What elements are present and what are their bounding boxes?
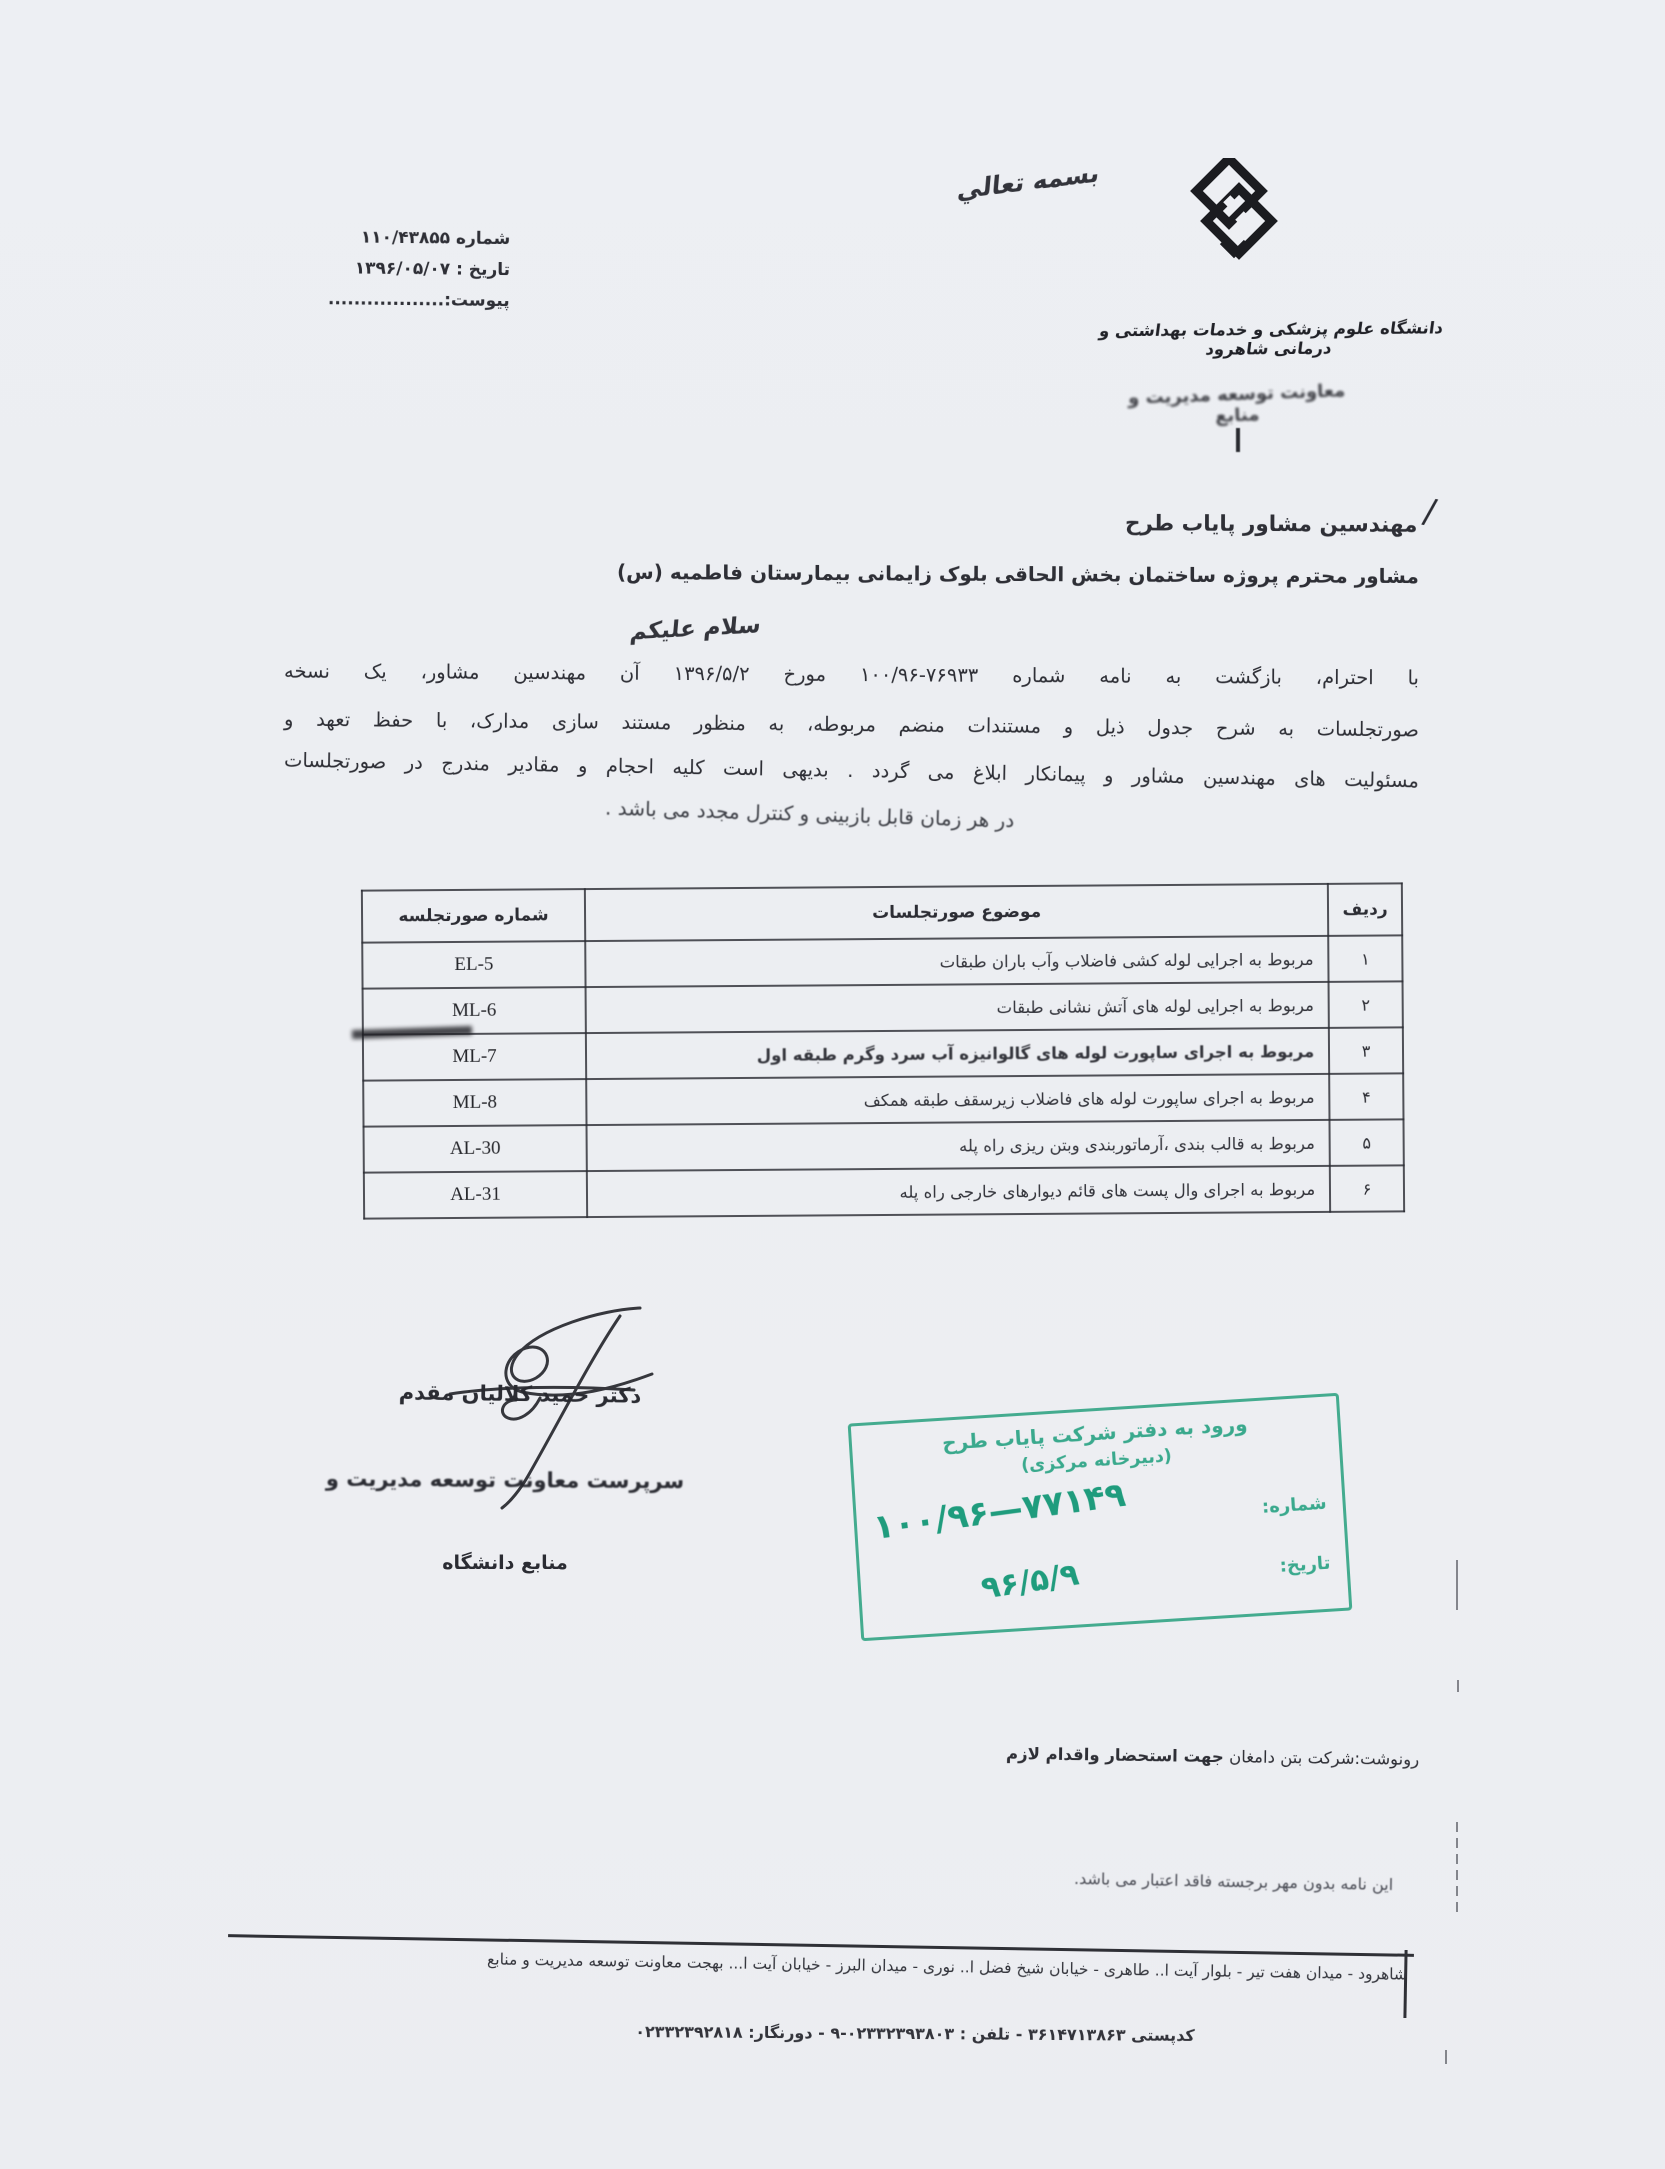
letter-number: ۱۱۰/۴۳۸۵۵ [361, 228, 450, 249]
header-subject: موضوع صورتجلسات [585, 884, 1329, 941]
table-row: ۲ مربوط به اجرایی لوله های آتش نشانی طبق… [363, 981, 1403, 1034]
cc-prefix: رونوشت:شرکت بتن دامغان [1223, 1747, 1419, 1769]
table-header-row: ردیف موضوع صورتجلسات شماره صورتجلسه [362, 883, 1402, 942]
body-line-3: مسئولیت های مهندسین مشاور و پیمانکار ابل… [284, 749, 1419, 793]
row-subject: مربوط به اجرایی لوله کشی فاضلاب وآب بارا… [585, 936, 1328, 987]
scan-artifact [1457, 1680, 1459, 1692]
letter-number-line: شماره ۱۱۰/۴۳۸۵۵ [300, 227, 510, 249]
attachment-label: پيوست: [444, 290, 510, 311]
letter-date: ۱۳۹۶/۰۵/۰۷ [355, 258, 451, 279]
row-no: ۶ [1330, 1165, 1404, 1212]
scan-artifact [1445, 2050, 1447, 2064]
validity-note: این نامه بدون مهر برجسته فاقد اعتبار می … [1074, 1869, 1393, 1894]
header-minutes-no: شماره صورتجلسه [362, 889, 585, 943]
recipient-line2: مشاور محترم پروژه ساختمان بخش الحاقی بلو… [617, 560, 1419, 588]
number-label: شماره [456, 229, 511, 250]
row-code: AL-30 [364, 1125, 587, 1173]
stamp-date-handwritten: ۹۶/۵/۹ [979, 1556, 1082, 1606]
row-no: ۲ [1329, 981, 1403, 1028]
letter-date-line: تاريخ : ۱۳۹۶/۰۵/۰۷ [300, 258, 510, 280]
signature-scribble [390, 1290, 690, 1520]
row-no: ۵ [1330, 1119, 1404, 1166]
footer-address: شاهرود - میدان هفت تیر - بلوار آیت ا.. ط… [487, 1950, 1407, 1983]
footer-divider [228, 1934, 1414, 1957]
row-code: ML-6 [363, 987, 586, 1035]
attachment-dots: .................. [328, 289, 444, 310]
row-code: ML-8 [363, 1079, 586, 1127]
footer-corner-line [1403, 1950, 1407, 2018]
minutes-table-wrapper: ردیف موضوع صورتجلسات شماره صورتجلسه ۱ مر… [361, 882, 1405, 1219]
company-entry-stamp: ورود به دفتر شرکت پایاب طرح (دبیرخانه مر… [848, 1393, 1353, 1641]
stamp-number-handwritten: ۱۰۰/۹۶—۷۷۱۴۹ [871, 1475, 1128, 1548]
body-line-1: با احترام، بازگشت به نامه شماره ⁦۱۰۰/۹۶-… [284, 660, 1419, 690]
ink-mark [1236, 428, 1240, 452]
row-code: EL-5 [362, 941, 585, 989]
row-subject: مربوط به اجرایی لوله های آتش نشانی طبقات [586, 982, 1329, 1033]
row-subject: مربوط به اجرای وال پست های قائم دیوارهای… [587, 1166, 1330, 1217]
header-row-no: ردیف [1328, 883, 1402, 936]
scan-artifact [1456, 1822, 1458, 1918]
department-stamp-smudged: معاونت توسعه مدیریت و منابع [1121, 380, 1352, 430]
table-row: ۵ مربوط به قالب بندی ،آرماتوربندی وبتن ر… [364, 1119, 1404, 1172]
row-no: ۳ [1329, 1027, 1403, 1074]
row-subject: مربوط به اجرای ساپورت لوله های گالوانیزه… [586, 1028, 1329, 1079]
scanned-letter-page: بسمه تعالي دانشگاه علوم پزشکی و خدمات به… [0, 0, 1665, 2169]
row-subject: مربوط به اجرای ساپورت لوله های فاضلاب زی… [586, 1074, 1329, 1125]
handwritten-slash-mark: / [1420, 491, 1440, 533]
cc-emphasis: جهت استحضار واقدام لازم [1006, 1744, 1224, 1766]
row-code: AL-31 [364, 1171, 587, 1219]
row-code: ML-7 [363, 1033, 586, 1081]
stamp-date-label: تاریخ: [1279, 1553, 1331, 1577]
attachment-line: پيوست:.................. [300, 289, 510, 311]
table-row: ۶ مربوط به اجرای وال پست های قائم دیواره… [364, 1165, 1404, 1218]
table-row: ۱ مربوط به اجرایی لوله کشی فاضلاب وآب با… [362, 935, 1402, 988]
body-line-4-handwritten: در هر زمان قابل بازبینی و کنترل مجدد می … [605, 796, 1015, 833]
signatory-role-line2: منابع دانشگاه [360, 1552, 650, 1574]
salutation-handwriting: سلام علیکم [629, 612, 762, 645]
footer-contact: کدپستی ۳۶۱۴۷۱۳۸۶۳ - تلفن : ۰۲۳۳۲۳۹۳۸۰۳-۹… [540, 2021, 1290, 2045]
scan-artifact [1456, 1560, 1458, 1610]
table-row: ۴ مربوط به اجرای ساپورت لوله های فاضلاب … [363, 1073, 1403, 1126]
university-knot-emblem-icon [1182, 158, 1286, 276]
date-label: تاريخ : [456, 260, 510, 281]
reference-block: شماره ۱۱۰/۴۳۸۵۵ تاريخ : ۱۳۹۶/۰۵/۰۷ پيوست… [300, 227, 511, 311]
bismillah-handwriting: بسمه تعالي [939, 158, 1100, 207]
university-name: دانشگاه علوم پزشکی و خدمات بهداشتی و درم… [1067, 318, 1472, 359]
cc-line: رونوشت:شرکت بتن دامغان جهت استحضار واقدا… [1006, 1744, 1419, 1769]
recipient-line1: مهندسین مشاور پایاب طرح [1124, 511, 1417, 538]
minutes-table: ردیف موضوع صورتجلسات شماره صورتجلسه ۱ مر… [361, 882, 1405, 1219]
row-subject: مربوط به قالب بندی ،آرماتوربندی وبتن ریز… [587, 1120, 1330, 1171]
stamp-number-label: شماره: [1261, 1493, 1327, 1518]
body-line-2: صورتجلسات به شرح جدول ذیل و مستندات منضم… [284, 708, 1419, 742]
row-no: ۴ [1329, 1073, 1403, 1120]
university-logo [1182, 158, 1286, 276]
table-row: ۳ مربوط به اجرای ساپورت لوله های گالوانی… [363, 1027, 1403, 1080]
row-no: ۱ [1328, 935, 1402, 982]
